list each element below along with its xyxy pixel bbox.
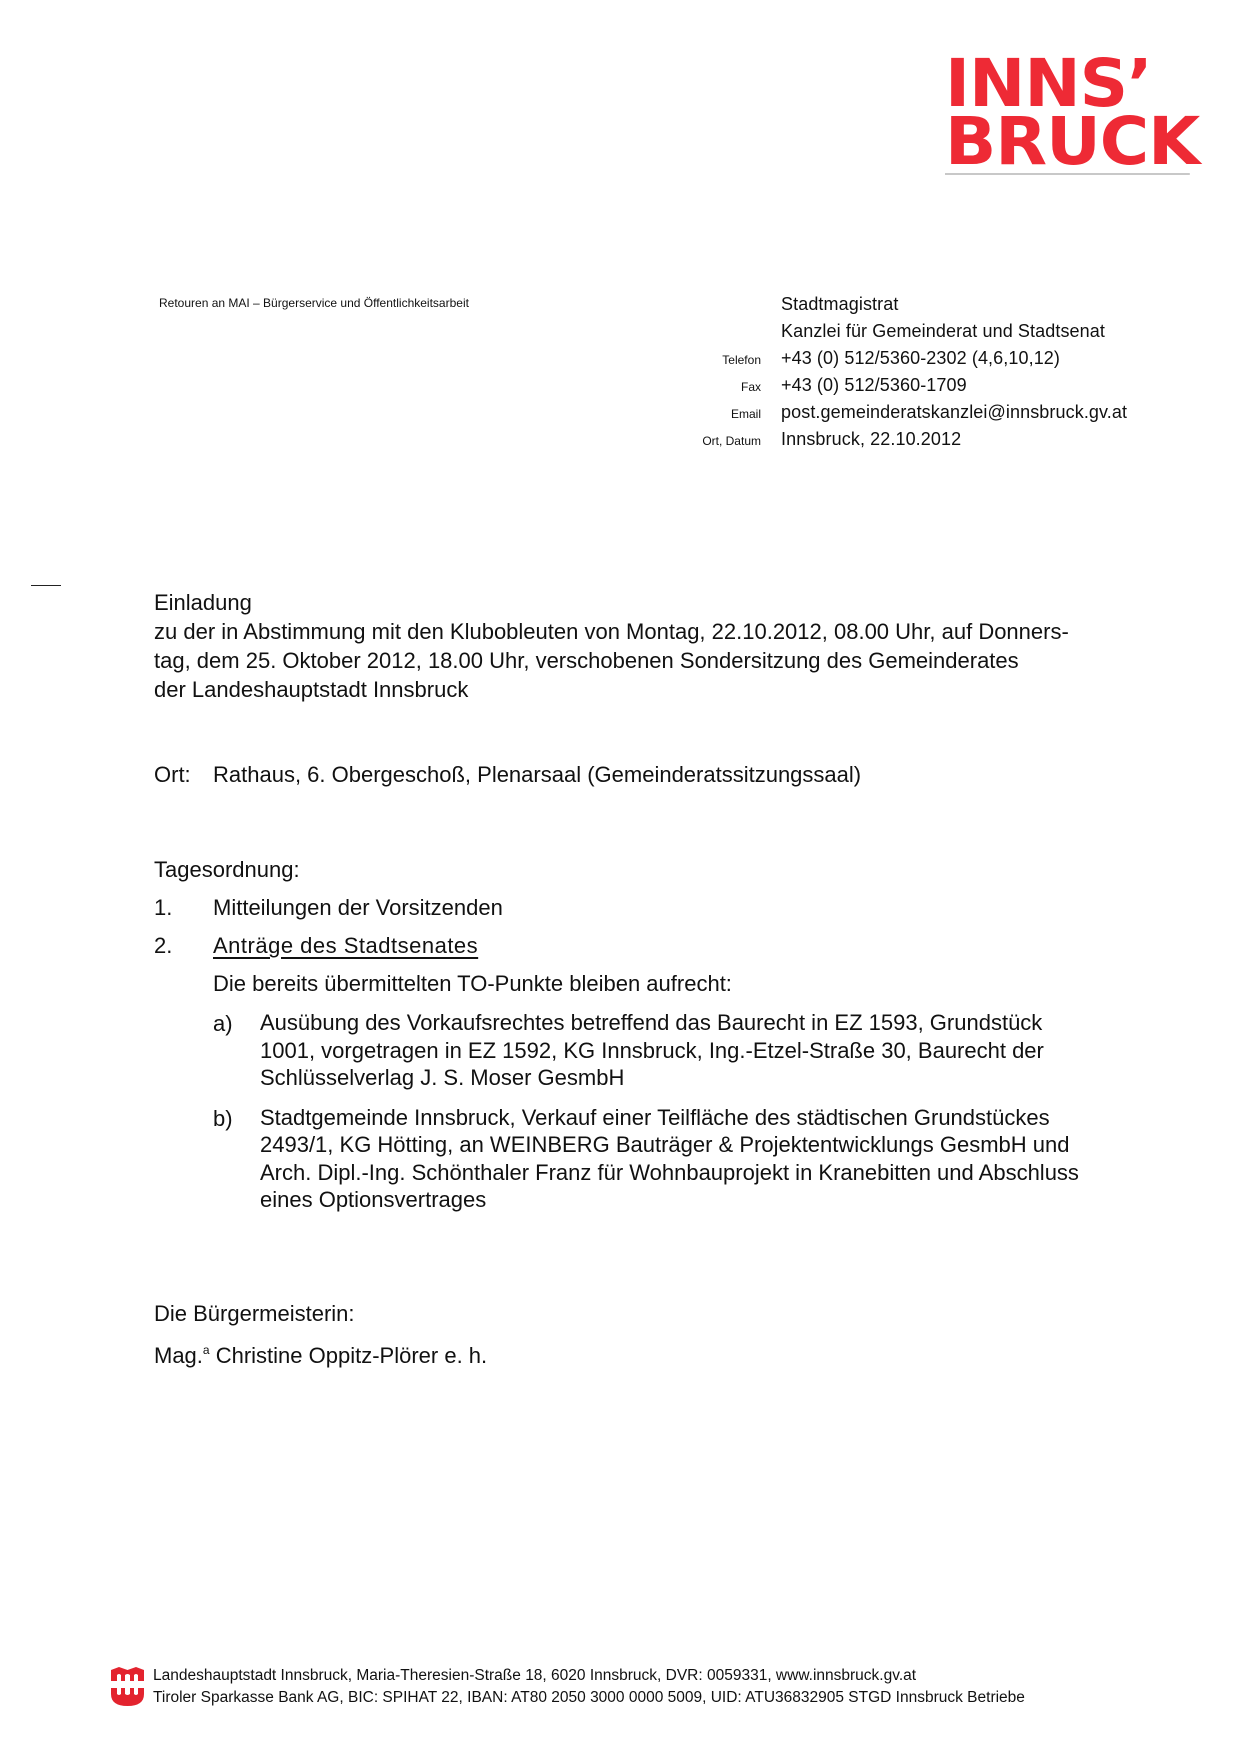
footer-bank: Tiroler Sparkasse Bank AG, BIC: SPIHAT 2… xyxy=(153,1687,1025,1709)
invitation-line: zu der in Abstimmung mit den Klubobleute… xyxy=(154,617,1134,646)
footer-address: Landeshauptstadt Innsbruck, Maria-Theres… xyxy=(153,1665,1025,1687)
agenda-item: 1. Mitteilungen der Vorsitzenden xyxy=(154,893,1134,931)
agenda-note: Die bereits übermittelten TO-Punkte blei… xyxy=(154,969,1134,1009)
sender-office-row: Kanzlei für Gemeinderat und Stadtsenat xyxy=(640,321,1200,348)
sender-date-row: Ort, Datum Innsbruck, 22.10.2012 xyxy=(640,429,1200,456)
signature-block: Die Bürgermeisterin: Mag.a Christine Opp… xyxy=(154,1299,1134,1373)
sender-department: Stadtmagistrat xyxy=(781,294,898,315)
date-label: Ort, Datum xyxy=(640,434,781,448)
agenda-item-title: Mitteilungen der Vorsitzenden xyxy=(213,893,503,922)
subitem-text: Ausübung des Vorkaufsrechtes betreffend … xyxy=(260,1009,1134,1092)
agenda: Tagesordnung: 1. Mitteilungen der Vorsit… xyxy=(154,855,1134,1226)
sender-office: Kanzlei für Gemeinderat und Stadtsenat xyxy=(781,321,1105,342)
innsbruck-logo: INNS’ BRUCK xyxy=(945,55,1192,175)
signature-role: Die Bürgermeisterin: xyxy=(154,1299,1134,1336)
agenda-heading: Tagesordnung: xyxy=(154,855,1134,893)
invitation-line: der Landeshauptstadt Innsbruck xyxy=(154,675,1134,704)
agenda-subitem: a) Ausübung des Vorkaufsrechtes betreffe… xyxy=(213,1009,1134,1092)
innsbruck-bridge-emblem-icon xyxy=(111,1666,144,1708)
sender-fax-row: Fax +43 (0) 512/5360-1709 xyxy=(640,375,1200,402)
agenda-item-number: 1. xyxy=(154,893,213,922)
agenda-item-title: Anträge des Stadtsenates xyxy=(213,931,478,960)
sender-email-row: Email post.gemeinderatskanzlei@innsbruck… xyxy=(640,402,1200,429)
subitem-letter: a) xyxy=(213,1009,260,1092)
email-label: Email xyxy=(640,407,781,421)
signature-name: Christine Oppitz-Plörer e. h. xyxy=(210,1343,488,1368)
location-line: Ort: Rathaus, 6. Obergeschoß, Plenarsaal… xyxy=(154,760,1134,789)
subitem-letter: b) xyxy=(213,1104,260,1214)
date-value: Innsbruck, 22.10.2012 xyxy=(781,429,961,450)
location-value: Rathaus, 6. Obergeschoß, Plenarsaal (Gem… xyxy=(213,760,861,789)
subitem-text: Stadtgemeinde Innsbruck, Verkauf einer T… xyxy=(260,1104,1134,1214)
agenda-item: 2. Anträge des Stadtsenates xyxy=(154,931,1134,969)
logo-line-2: BRUCK xyxy=(945,113,1192,171)
sender-phone-row: Telefon +43 (0) 512/5360-2302 (4,6,10,12… xyxy=(640,348,1200,375)
phone-value: +43 (0) 512/5360-2302 (4,6,10,12) xyxy=(781,348,1060,369)
email-value[interactable]: post.gemeinderatskanzlei@innsbruck.gv.at xyxy=(781,402,1127,423)
footer-text: Landeshauptstadt Innsbruck, Maria-Theres… xyxy=(153,1665,1025,1709)
footer: Landeshauptstadt Innsbruck, Maria-Theres… xyxy=(111,1665,1025,1709)
agenda-item-number: 2. xyxy=(154,931,213,960)
phone-label: Telefon xyxy=(640,353,781,367)
sender-department-row: Stadtmagistrat xyxy=(640,294,1200,321)
sender-block: Stadtmagistrat Kanzlei für Gemeinderat u… xyxy=(640,294,1200,456)
agenda-subitem: b) Stadtgemeinde Innsbruck, Verkauf eine… xyxy=(213,1104,1134,1214)
invitation-heading: Einladung xyxy=(154,588,1134,617)
invitation-line: tag, dem 25. Oktober 2012, 18.00 Uhr, ve… xyxy=(154,646,1134,675)
invitation-block: Einladung zu der in Abstimmung mit den K… xyxy=(154,588,1134,704)
fax-value: +43 (0) 512/5360-1709 xyxy=(781,375,967,396)
fold-mark xyxy=(31,585,61,586)
signature-name-line: Mag.a Christine Oppitz-Plörer e. h. xyxy=(154,1336,1134,1373)
return-address: Retouren an MAI – Bürgerservice und Öffe… xyxy=(159,296,469,310)
fax-label: Fax xyxy=(640,380,781,394)
location-label: Ort: xyxy=(154,760,213,789)
